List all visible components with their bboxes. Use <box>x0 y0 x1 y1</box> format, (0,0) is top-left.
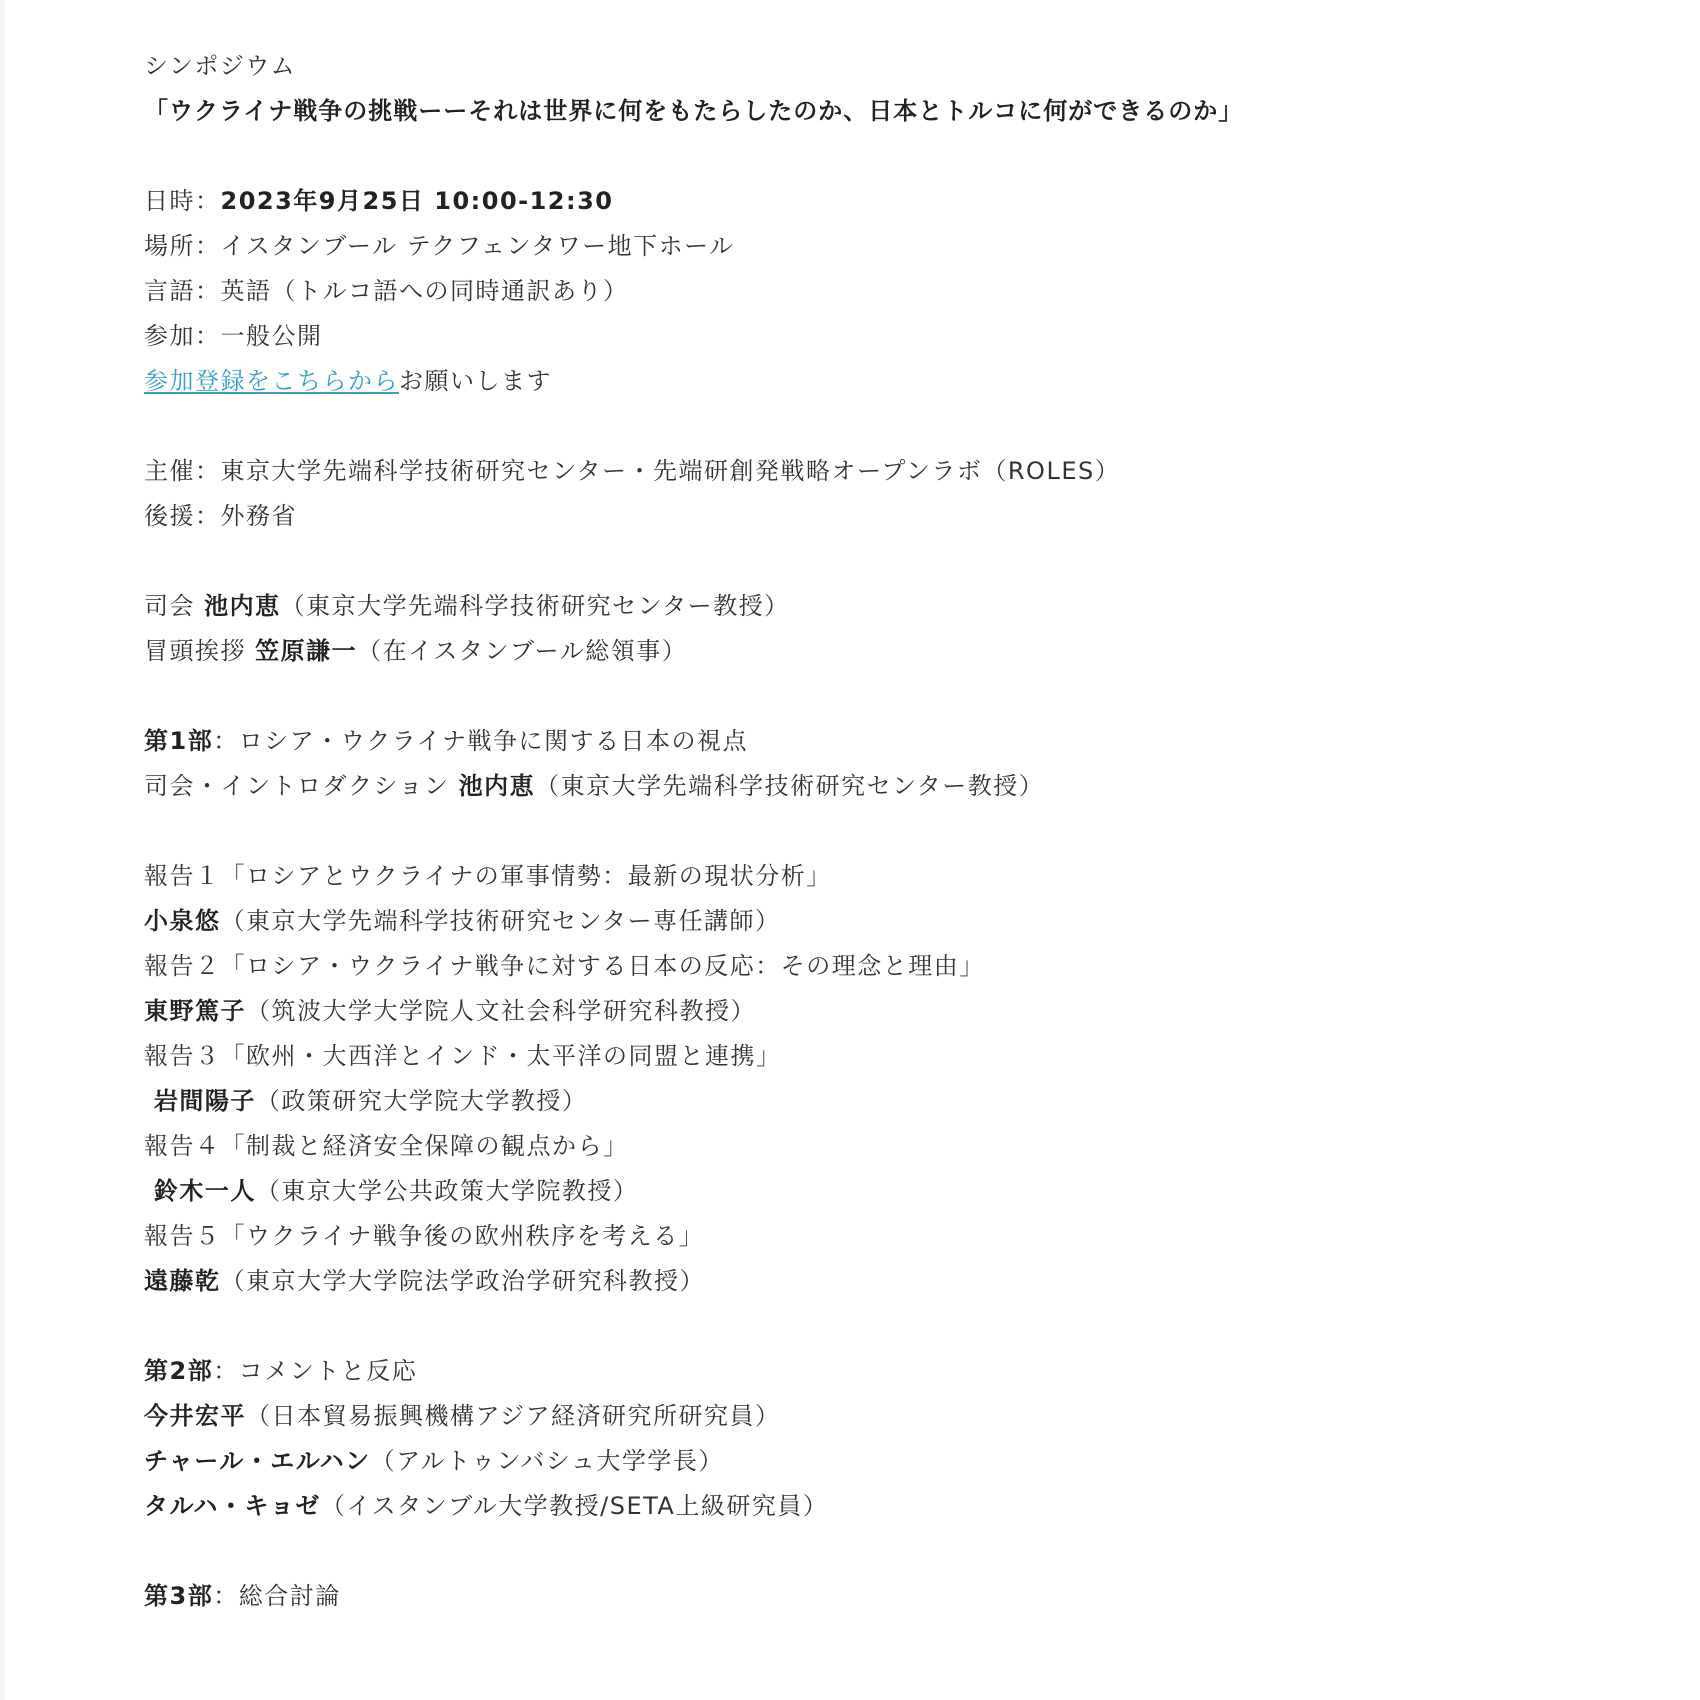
moderator-name: 池内恵 <box>204 592 281 620</box>
registration-link[interactable]: 参加登録をこちらから <box>144 367 399 395</box>
speaker-affiliation: （東京大学先端科学技術研究センター専任講師） <box>221 907 781 935</box>
moderator-affiliation: （東京大学先端科学技術研究センター教授） <box>281 592 790 620</box>
participation-value: 一般公開 <box>221 322 323 350</box>
commentator-affiliation: （イスタンブル大学教授/SETA上級研究員） <box>321 1492 829 1520</box>
part2-label: 第2部 <box>144 1357 213 1385</box>
part1-heading: 第1部：ロシア・ウクライナ戦争に関する日本の視点 <box>144 719 1644 764</box>
language-value: 英語（トルコ語への同時通訳あり） <box>221 277 629 305</box>
report-speaker: 鈴木一人（東京大学公共政策大学院教授） <box>144 1169 1644 1214</box>
commentator-affiliation: （日本貿易振興機構アジア経済研究所研究員） <box>246 1402 781 1430</box>
language-row: 言語：英語（トルコ語への同時通訳あり） <box>144 269 1644 314</box>
speaker-name: 小泉悠 <box>144 907 221 935</box>
venue-row: 場所：イスタンブール テクフェンタワー地下ホール <box>144 224 1644 269</box>
host-label: 主催： <box>144 457 221 485</box>
participation-label: 参加： <box>144 322 221 350</box>
speaker-affiliation: （東京大学大学院法学政治学研究科教授） <box>221 1267 706 1295</box>
commentator-row: タルハ・キョゼ（イスタンブル大学教授/SETA上級研究員） <box>144 1484 1644 1529</box>
greeting-affiliation: （在イスタンブール総領事） <box>357 637 687 665</box>
commentator-name: チャール・エルハン <box>144 1447 371 1475</box>
report-speaker: 小泉悠（東京大学先端科学技術研究センター専任講師） <box>144 899 1644 944</box>
commentator-name: 今井宏平 <box>144 1402 246 1430</box>
document-label: シンポジウム <box>144 44 1644 89</box>
part1-label: 第1部 <box>144 727 213 755</box>
registration-suffix: お願いします <box>399 367 552 395</box>
symposium-document: シンポジウム 「ウクライナ戦争の挑戦ーーそれは世界に何をもたらしたのか、日本とト… <box>144 44 1644 1619</box>
speaker-affiliation: （東京大学公共政策大学院教授） <box>256 1177 639 1205</box>
host-value: 東京大学先端科学技術研究センター・先端研創発戦略オープンラボ（ROLES） <box>221 457 1121 485</box>
part1-title: ：ロシア・ウクライナ戦争に関する日本の視点 <box>213 727 748 755</box>
commentator-row: 今井宏平（日本貿易振興機構アジア経済研究所研究員） <box>144 1394 1644 1439</box>
part1-intro-affiliation: （東京大学先端科学技術研究センター教授） <box>535 772 1044 800</box>
greeting-name: 笠原謙一 <box>255 637 357 665</box>
part3-heading: 第3部：総合討論 <box>144 1574 1644 1619</box>
part2-title: ：コメントと反応 <box>213 1357 417 1385</box>
speaker-name: 東野篤子 <box>144 997 246 1025</box>
commentator-name: タルハ・キョゼ <box>144 1492 321 1520</box>
moderator-row: 司会 池内恵（東京大学先端科学技術研究センター教授） <box>144 584 1644 629</box>
support-row: 後援：外務省 <box>144 494 1644 539</box>
support-value: 外務省 <box>221 502 298 530</box>
greeting-row: 冒頭挨拶 笠原謙一（在イスタンブール総領事） <box>144 629 1644 674</box>
participation-row: 参加：一般公開 <box>144 314 1644 359</box>
report-title: 報告５「ウクライナ戦争後の欧州秩序を考える」 <box>144 1214 1644 1259</box>
report-title: 報告４「制裁と経済安全保障の観点から」 <box>144 1124 1644 1169</box>
datetime-row: 日時：2023年9月25日 10:00-12:30 <box>144 179 1644 224</box>
commentator-row: チャール・エルハン（アルトゥンバシュ大学学長） <box>144 1439 1644 1484</box>
page-left-edge <box>0 0 5 1700</box>
speaker-affiliation: （筑波大学大学院人文社会科学研究科教授） <box>246 997 756 1025</box>
venue-value: イスタンブール テクフェンタワー地下ホール <box>221 232 735 260</box>
speaker-affiliation: （政策研究大学院大学教授） <box>256 1087 588 1115</box>
part1-intro-row: 司会・イントロダクション 池内恵（東京大学先端科学技術研究センター教授） <box>144 764 1644 809</box>
part1-intro-role: 司会・イントロダクション <box>144 772 459 800</box>
greeting-role: 冒頭挨拶 <box>144 637 255 665</box>
support-label: 後援： <box>144 502 221 530</box>
report-title: 報告１「ロシアとウクライナの軍事情勢：最新の現状分析」 <box>144 854 1644 899</box>
report-speaker: 東野篤子（筑波大学大学院人文社会科学研究科教授） <box>144 989 1644 1034</box>
report-speaker: 遠藤乾（東京大学大学院法学政治学研究科教授） <box>144 1259 1644 1304</box>
report-speaker: 岩間陽子（政策研究大学院大学教授） <box>144 1079 1644 1124</box>
part3-label: 第3部 <box>144 1582 213 1610</box>
host-row: 主催：東京大学先端科学技術研究センター・先端研創発戦略オープンラボ（ROLES） <box>144 449 1644 494</box>
part3-title: ：総合討論 <box>213 1582 341 1610</box>
part2-heading: 第2部：コメントと反応 <box>144 1349 1644 1394</box>
registration-row: 参加登録をこちらからお願いします <box>144 359 1644 404</box>
symposium-title: 「ウクライナ戦争の挑戦ーーそれは世界に何をもたらしたのか、日本とトルコに何ができ… <box>144 89 1644 134</box>
moderator-role: 司会 <box>144 592 204 620</box>
datetime-label: 日時： <box>144 187 221 215</box>
part1-intro-name: 池内恵 <box>459 772 536 800</box>
report-title: 報告３「欧州・大西洋とインド・太平洋の同盟と連携」 <box>144 1034 1644 1079</box>
language-label: 言語： <box>144 277 221 305</box>
venue-label: 場所： <box>144 232 221 260</box>
datetime-value: 2023年9月25日 10:00-12:30 <box>221 187 614 215</box>
commentator-affiliation: （アルトゥンバシュ大学学長） <box>371 1447 724 1475</box>
speaker-name: 遠藤乾 <box>144 1267 221 1295</box>
report-title: 報告２「ロシア・ウクライナ戦争に対する日本の反応：その理念と理由」 <box>144 944 1644 989</box>
speaker-name: 鈴木一人 <box>144 1177 256 1205</box>
speaker-name: 岩間陽子 <box>144 1087 256 1115</box>
